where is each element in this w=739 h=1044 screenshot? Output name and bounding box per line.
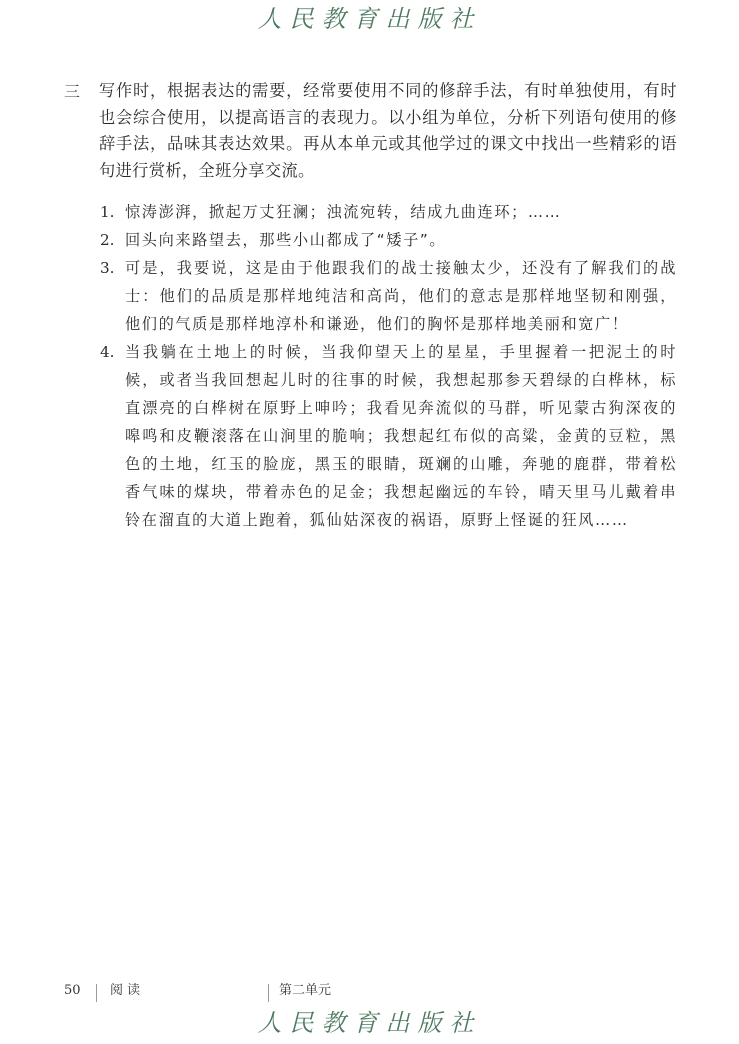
item-text: 当我躺在土地上的时候，当我仰望天上的星星，手里握着一把泥土的时候，或者当我回想起…	[125, 343, 677, 529]
footer-divider	[268, 984, 269, 1002]
section-label: 阅读	[110, 982, 144, 1000]
example-sentence-list: 1. 惊涛澎湃，掀起万丈狂澜；浊流宛转，结成九曲连环；…… 2. 回头向来路望去…	[100, 198, 677, 534]
item-text: 惊涛澎湃，掀起万丈狂澜；浊流宛转，结成九曲连环；……	[125, 203, 561, 221]
publisher-logo-header: 人民教育出版社	[0, 4, 739, 34]
list-item: 2. 回头向来路望去，那些小山都成了“矮子”。	[100, 226, 677, 254]
exercise-prompt: 写作时，根据表达的需要，经常要使用不同的修辞手法，有时单独使用，有时也会综合使用…	[99, 78, 677, 184]
list-item: 4. 当我躺在土地上的时候，当我仰望天上的星星，手里握着一把泥土的时候，或者当我…	[100, 338, 677, 534]
page-footer: 50 阅读 第二单元	[0, 982, 739, 1004]
item-text: 可是，我要说，这是由于他跟我们的战士接触太少，还没有了解我们的战士：他们的品质是…	[125, 259, 677, 333]
item-text: 回头向来路望去，那些小山都成了“矮子”。	[125, 231, 446, 249]
exercise-number: 三	[64, 78, 80, 105]
unit-label: 第二单元	[279, 982, 331, 1000]
list-item: 1. 惊涛澎湃，掀起万丈狂澜；浊流宛转，结成九曲连环；……	[100, 198, 677, 226]
publisher-logo-footer: 人民教育出版社	[0, 1008, 739, 1038]
item-number: 2.	[100, 226, 115, 254]
page-number: 50	[64, 982, 81, 1000]
item-number: 1.	[100, 198, 115, 226]
item-number: 4.	[100, 338, 115, 366]
item-number: 3.	[100, 254, 115, 282]
list-item: 3. 可是，我要说，这是由于他跟我们的战士接触太少，还没有了解我们的战士：他们的…	[100, 254, 677, 338]
footer-divider	[96, 984, 97, 1002]
